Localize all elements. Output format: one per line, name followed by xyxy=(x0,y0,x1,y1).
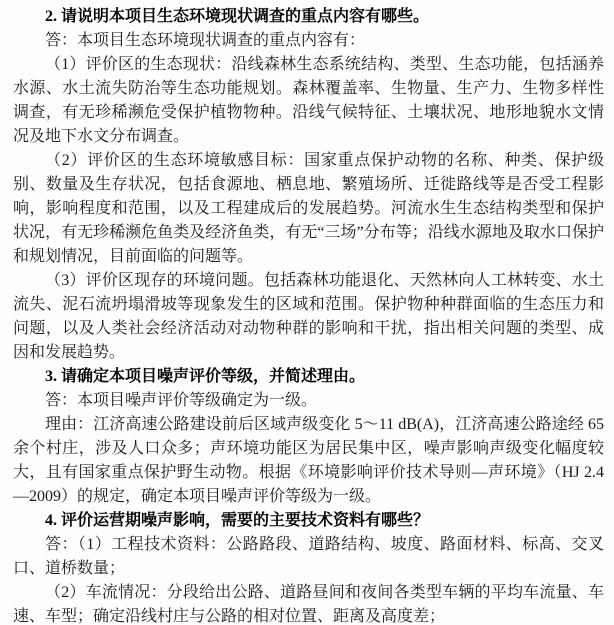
question-2-heading: 2. 请说明本项目生态环境现状调查的重点内容有哪些。 xyxy=(13,5,604,29)
answer-4-point-2: （2）车流情况：分段给出公路、道路昼间和夜间各类型车辆的平均车流量、车速、车型；… xyxy=(13,581,604,625)
answer-3-conclusion: 答：本项目噪声评价等级确定为一级。 xyxy=(13,389,604,413)
question-3-heading: 3. 请确定本项目噪声评价等级，并简述理由。 xyxy=(13,365,604,389)
answer-2-point-3: （3）评价区现存的环境问题。包括森林功能退化、天然林向人工林转变、水土流失、泥石… xyxy=(13,269,604,365)
answer-4-point-1: 答：（1）工程技术资料：公路路段、道路结构、坡度、路面材料、标高、交叉口、道桥数… xyxy=(13,533,604,581)
answer-3-reason: 理由：江济高速公路建设前后区域声级变化 5～11 dB(A)，江济高速公路途经 … xyxy=(13,413,604,509)
answer-2-lead: 答：本项目生态环境现状调查的重点内容有： xyxy=(13,29,604,53)
document-page: 2. 请说明本项目生态环境现状调查的重点内容有哪些。 答：本项目生态环境现状调查… xyxy=(0,0,614,625)
question-4-heading: 4. 评价运营期噪声影响，需要的主要技术资料有哪些？ xyxy=(13,509,604,533)
answer-2-point-1: （1）评价区的生态现状：沿线森林生态系统结构、类型、生态功能，包括涵养水源、水土… xyxy=(13,53,604,149)
answer-2-point-2: （2）评价区的生态环境敏感目标：国家重点保护动物的名称、种类、保护级别、数量及生… xyxy=(13,149,604,269)
